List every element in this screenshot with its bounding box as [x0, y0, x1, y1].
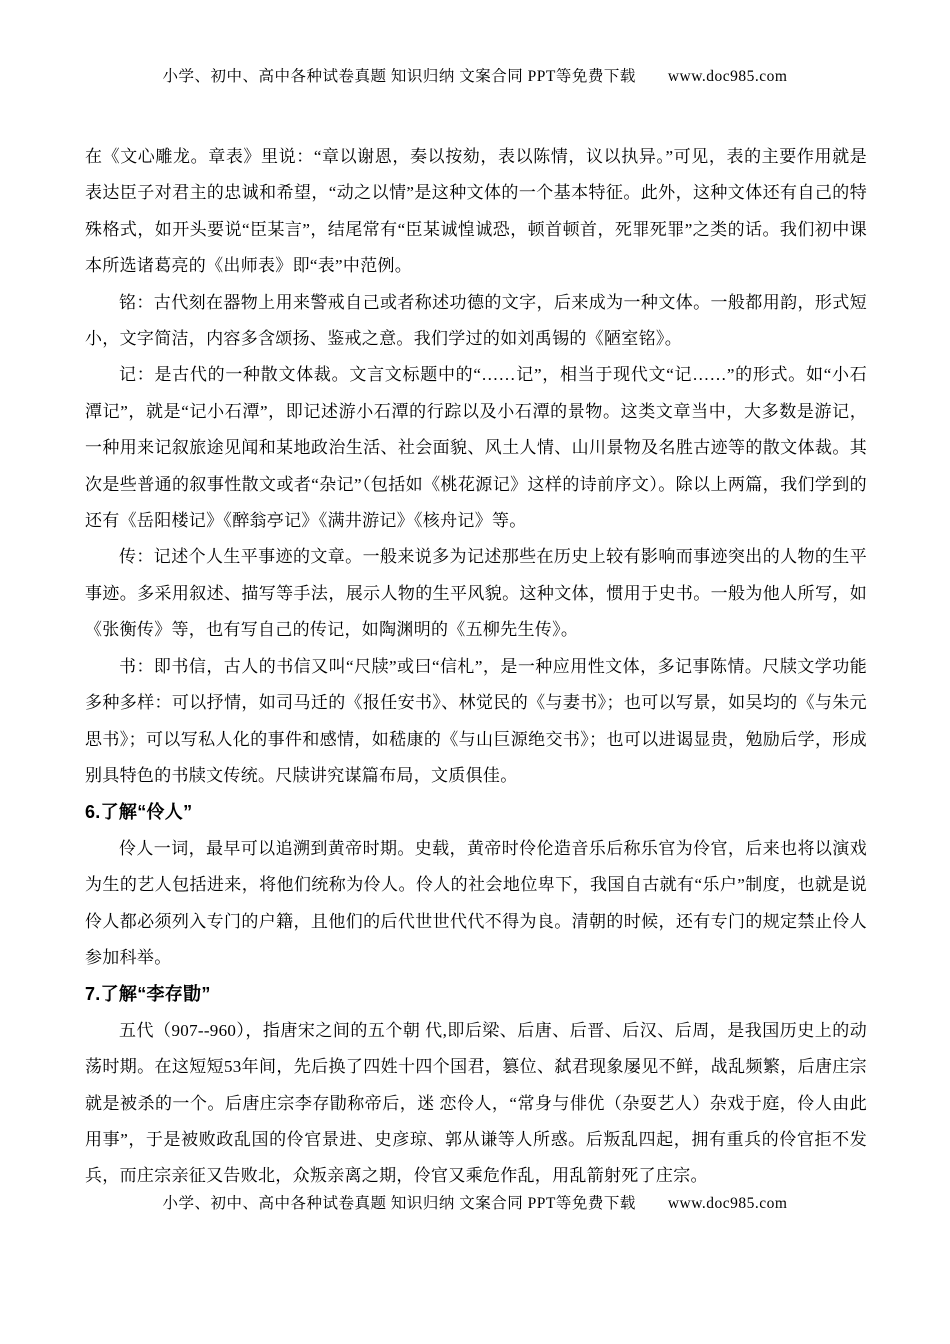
paragraph-wudai: 五代（907--960），指唐宋之间的五个朝 代,即后梁、后唐、后晋、后汉、后周… [85, 1013, 867, 1195]
document-page: 小学、初中、高中各种试卷真题 知识归纳 文案合同 PPT等免费下载 www.do… [0, 0, 950, 1344]
paragraph-lingren: 伶人一词，最早可以追溯到黄帝时期。史载，黄帝时伶伦造音乐后称乐官为伶官，后来也将… [85, 831, 867, 977]
page-header: 小学、初中、高中各种试卷真题 知识归纳 文案合同 PPT等免费下载 www.do… [0, 64, 950, 86]
paragraph-zhuan: 传：记述个人生平事迹的文章。一般来说多为记述那些在历史上较有影响而事迹突出的人物… [85, 539, 867, 648]
page-footer: 小学、初中、高中各种试卷真题 知识归纳 文案合同 PPT等免费下载 www.do… [0, 1191, 950, 1213]
document-body: 在《文心雕龙。章表》里说：“章以谢恩，奏以按劾，表以陈情，议以执异。”可见，表的… [85, 139, 867, 1195]
heading-7-licunxu: 7.了解“李存勖” [85, 976, 867, 1012]
heading-6-lingren: 6.了解“伶人” [85, 794, 867, 830]
paragraph-shu: 书：即书信，古人的书信又叫“尺牍”或曰“信札”，是一种应用性文体，多记事陈情。尺… [85, 649, 867, 795]
paragraph-biao-continuation: 在《文心雕龙。章表》里说：“章以谢恩，奏以按劾，表以陈情，议以执异。”可见，表的… [85, 139, 867, 285]
paragraph-ming: 铭：古代刻在器物上用来警戒自己或者称述功德的文字，后来成为一种文体。一般都用韵，… [85, 285, 867, 358]
paragraph-ji: 记：是古代的一种散文体裁。文言文标题中的“……记”，相当于现代文“记……”的形式… [85, 357, 867, 539]
